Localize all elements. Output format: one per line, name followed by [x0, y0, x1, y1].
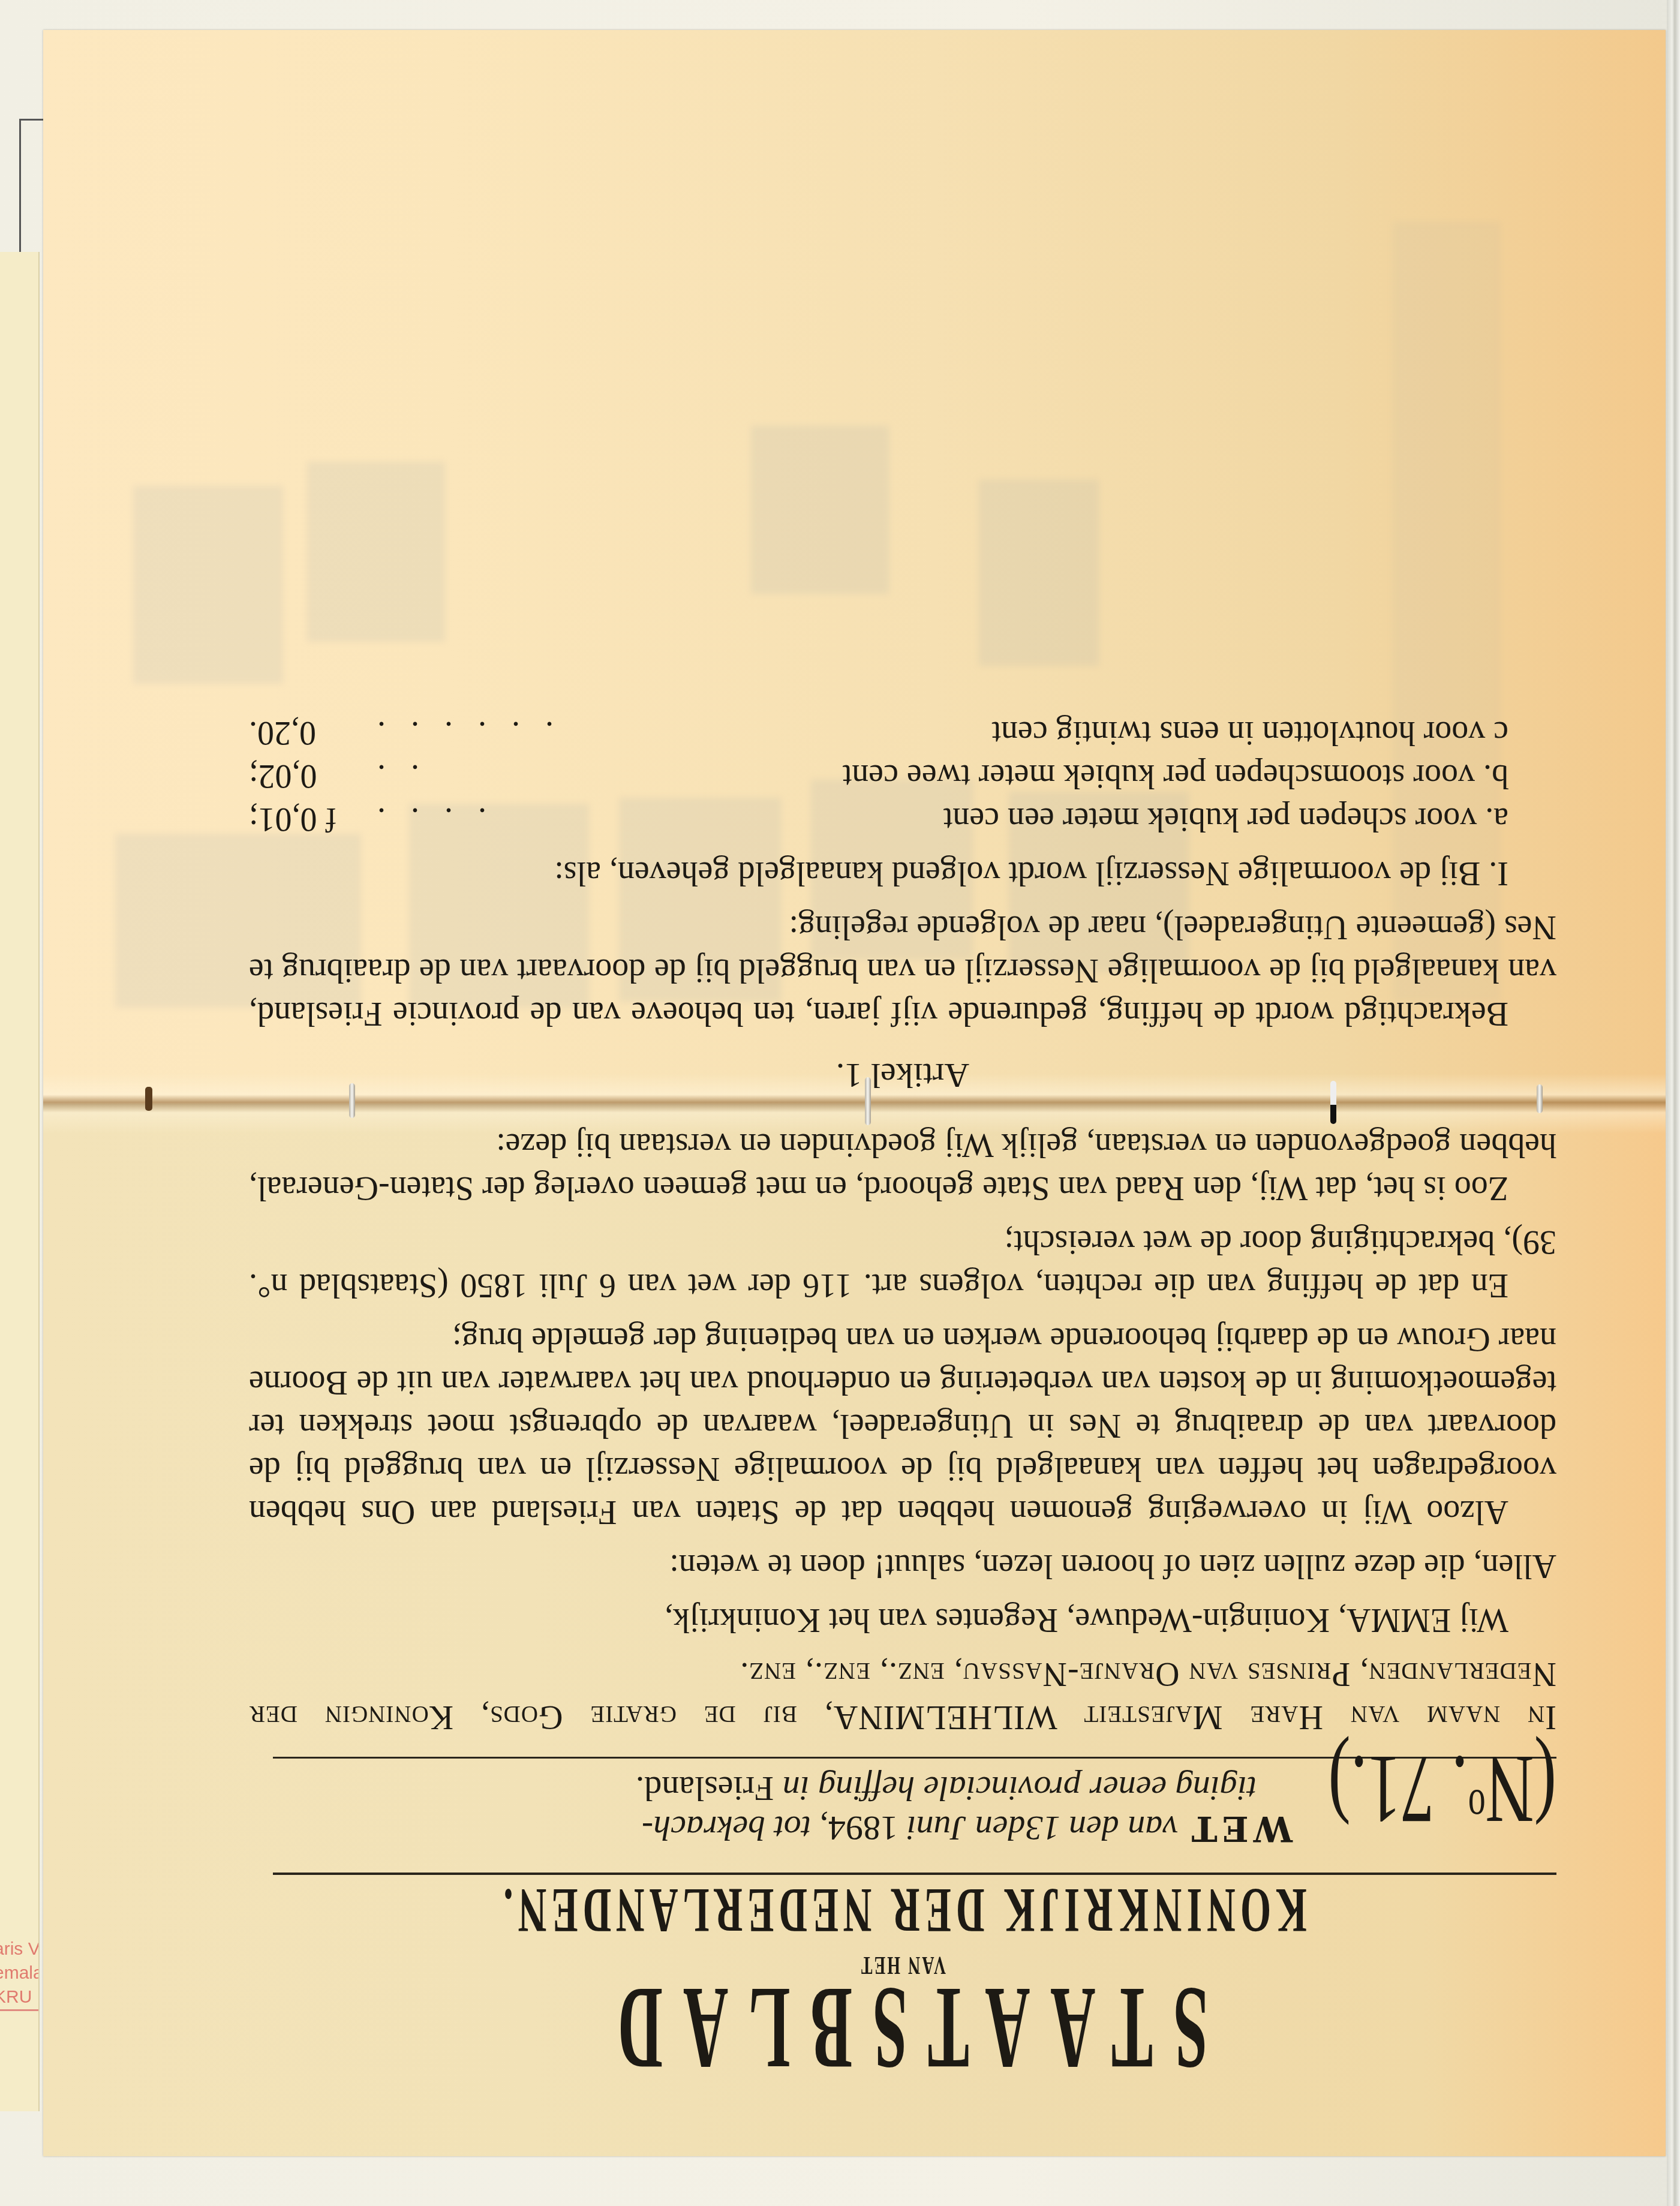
number-sup: o [1468, 1779, 1486, 1835]
preamble-paragraph: En dat de heffing van die rechten, volge… [249, 1221, 1556, 1307]
article-heading: Artikel 1. [249, 1056, 1556, 1096]
article-paragraph: I. Bij de voormalige Nesserzijl wordt vo… [249, 852, 1556, 895]
preamble-paragraph: Alzoo Wij in overweging genomen hebben d… [249, 1318, 1556, 1534]
bleed-through [751, 426, 889, 594]
tariff-label: b. voor stoomschepen per kubiek meter tw… [419, 755, 1508, 798]
preamble-paragraph: Allen, die deze zullen zien of hooren le… [249, 1544, 1556, 1588]
binder-edge [1667, 0, 1680, 2206]
tariff-amount: f 0,01; [249, 798, 369, 841]
stamp-line: aris V [0, 1937, 38, 1961]
title-text: tot bekrach- [642, 1809, 811, 1848]
tariff-row: c voor houtvlotten in eens twintig cent … [249, 711, 1556, 755]
bleed-through [979, 480, 1099, 666]
preamble-paragraph: In naam van Hare Majesteit WILHELMINA, b… [249, 1652, 1556, 1739]
law-number: (No. 71.) [1329, 1741, 1556, 1855]
preamble-paragraph: Wij EMMA, Koningin-Weduwe, Regentes van … [249, 1598, 1556, 1642]
title-year: 1894, [811, 1809, 907, 1848]
law-title: WET van den 13den Juni 1894, tot bekrach… [273, 1769, 1293, 1849]
tariff-leader: . . . . . . [369, 711, 554, 755]
preamble-paragraph: Zoo is het, dat Wij, den Raad van State … [249, 1123, 1556, 1210]
tariff-amount: 0,20. [249, 711, 369, 755]
tariff-label: c voor houtvlotten in eens twintig cent [554, 711, 1508, 755]
number-value: . 71.) [1329, 1735, 1468, 1843]
title-month: Juni [906, 1809, 966, 1848]
article-paragraph: Bekrachtigd wordt de heffing, gedurende … [249, 906, 1556, 1035]
mount-corner-line [19, 119, 45, 253]
law-header: (No. 71.) WET van den 13den Juni 1894, t… [249, 1753, 1556, 1855]
wet-label: WET [1186, 1808, 1293, 1849]
printed-text-rotated: STAATSBLAD VAN HET KONINKRIJK DER NEDERL… [228, 1182, 1640, 2099]
tariff-leader: . . [369, 755, 419, 798]
stamp-line: KRU [0, 1985, 38, 2011]
tariff-amount: 0,02; [249, 755, 369, 798]
title-text: van den 13den [966, 1809, 1178, 1848]
tariff-row: a. voor schepen per kubiek meter een cen… [249, 798, 1556, 841]
interleaf-slip [0, 252, 40, 2111]
title-text: tiging eener provinciale heffing in [774, 1769, 1257, 1808]
number-prefix: (N [1486, 1735, 1556, 1843]
stitch-hole [145, 1087, 152, 1111]
tariff-row: b. voor stoomschepen per kubiek meter tw… [249, 755, 1556, 798]
tariff-label: a. voor schepen per kubiek meter een cen… [486, 798, 1508, 841]
title-province: Friesland. [636, 1769, 774, 1808]
bleed-through [307, 462, 445, 642]
preamble: In naam van Hare Majesteit WILHELMINA, b… [249, 1123, 1556, 1739]
stamp-line: emala [0, 1961, 38, 1985]
red-ink-stamp: aris V emala KRU [0, 1937, 38, 2015]
tariff-list: a. voor schepen per kubiek meter een cen… [249, 711, 1556, 841]
article-body: Bekrachtigd wordt de heffing, gedurende … [249, 852, 1556, 1035]
bleed-through [133, 486, 283, 684]
tariff-leader: . . . . [369, 798, 486, 841]
